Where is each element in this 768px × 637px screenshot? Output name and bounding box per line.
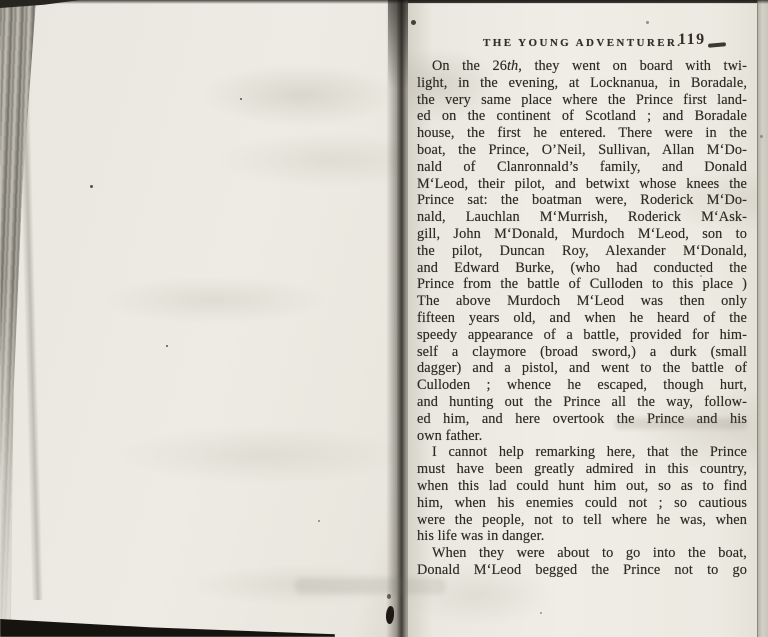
left-blank-page [0,0,397,637]
book-scan: THE YOUNG ADVENTURER. 119 On the 26th, t… [0,0,768,637]
text-line: nald, Lauchlan M‘Murrish, Roderick M‘Ask… [417,209,747,226]
text-line: I cannot help remarking here, that the P… [417,444,747,461]
ink-speck [646,21,649,24]
text-line: him, when his enemies could not ; so cau… [417,495,747,512]
text-line: must have been greatly admired in this c… [417,461,747,478]
text-line: and Edward Burke, (who had conducted the [417,260,747,277]
text-line: self a claymore (broad sword,) a durk (s… [417,344,747,361]
ink-speck [90,185,93,188]
right-page-edge [757,0,768,637]
ink-speck [700,275,702,277]
text-line: When they were about to go into the boat… [417,545,747,562]
text-line: his life was in danger. [417,528,747,545]
text-line: the very same place where the Prince fir… [417,92,747,109]
text-line: Donald M‘Leod begged the Prince not to g… [417,562,747,579]
ink-speck [318,520,320,522]
page-number: 119 [678,31,706,49]
text-line: ed on the continent of Scotland ; and Bo… [417,108,747,125]
top-edge-shadow-right [408,0,757,3]
text-line: Prince sat: the boatman were, Roderick M… [417,192,747,209]
text-line: and hunting out the Prince all the way, … [417,394,747,411]
text-line: when this lad could hunt him out, so as … [417,478,747,495]
ink-speck [411,20,416,25]
text-line: the pilot, Duncan Roy, Alexander M‘Donal… [417,243,747,260]
text-line: Culloden ; whence he escaped, though hur… [417,377,747,394]
text-line: boat, the Prince, O’Neil, Sullivan, Alla… [417,142,747,159]
ink-showthrough-smudge [615,418,747,429]
text-line: dagger) and a pistol, and went to the ba… [417,360,747,377]
text-line: speedy appearance of a battle, provided … [417,327,747,344]
text-line: house, the first he entered. There were … [417,125,747,142]
text-line: own father. [417,428,747,445]
text-line: The above Murdoch M‘Leod was then only [417,293,747,310]
body-text: On the 26th, they went on board with twi… [417,58,747,579]
text-line: Prince from the battle of Culloden to th… [417,276,747,293]
running-title: THE YOUNG ADVENTURER. [483,37,682,49]
left-page-smudge [295,578,445,594]
ink-speck [540,612,542,614]
text-line: nald of Clanronnald’s family, and Donald [417,159,747,176]
ink-speck [387,594,391,599]
text-line: light, in the evening, at Locknanua, in … [417,75,747,92]
ink-speck [240,98,242,100]
text-line: gill, John M‘Donald, Murdoch M‘Leod, son… [417,226,747,243]
text-line: fifteen years old, and when he heard of … [417,310,747,327]
text-line: were the people, not to tell where he wa… [417,512,747,529]
text-line: On the 26th, they went on board with twi… [417,58,747,75]
text-line: M‘Leod, their pilot, and betwixt whose k… [417,176,747,193]
ink-speck [166,345,168,347]
ink-speck [760,135,763,138]
